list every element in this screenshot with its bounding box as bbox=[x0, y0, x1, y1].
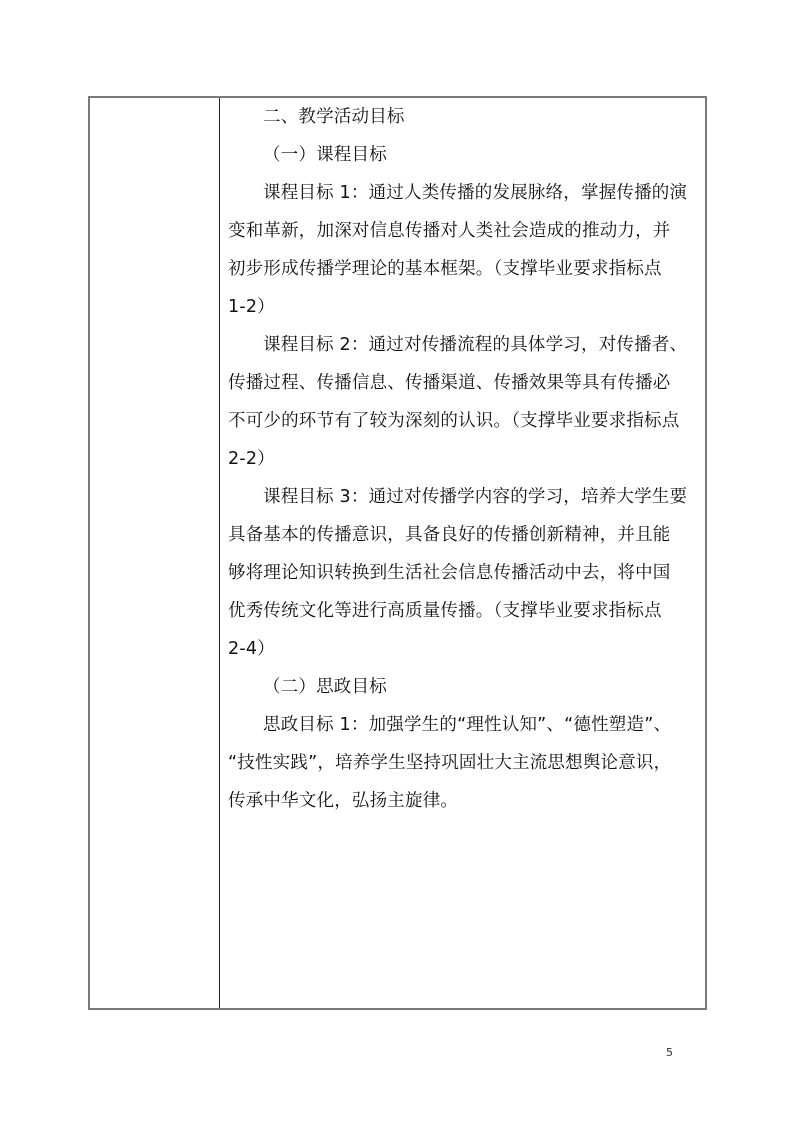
text-line: 1-2） bbox=[228, 288, 699, 326]
page-number: 5 bbox=[666, 1046, 673, 1059]
text-line: 优秀传统文化等进行高质量传播。（支撑毕业要求指标点 bbox=[228, 592, 699, 630]
text-line: 传承中华文化，弘扬主旋律。 bbox=[228, 782, 699, 820]
text-line: 思政目标 1：加强学生的“理性认知”、“德性塑造”、 bbox=[228, 706, 699, 744]
content-table: 二、教学活动目标 （一）课程目标 课程目标 1：通过人类传播的发展脉络，掌握传播… bbox=[88, 96, 707, 1010]
text-line: 传播过程、传播信息、传播渠道、传播效果等具有传播必 bbox=[228, 364, 699, 402]
text-line: 课程目标 3：通过对传播学内容的学习，培养大学生要 bbox=[228, 478, 699, 516]
section-heading: 二、教学活动目标 bbox=[228, 98, 699, 136]
text-line: 2-2） bbox=[228, 440, 699, 478]
table-right-cell: 二、教学活动目标 （一）课程目标 课程目标 1：通过人类传播的发展脉络，掌握传播… bbox=[220, 98, 705, 1008]
text-line: “技性实践”，培养学生坚持巩固壮大主流思想舆论意识， bbox=[228, 744, 699, 782]
course-goal-1: 课程目标 1：通过人类传播的发展脉络，掌握传播的演 变和革新，加深对信息传播对人… bbox=[228, 174, 699, 326]
text-line: 不可少的环节有了较为深刻的认识。（支撑毕业要求指标点 bbox=[228, 402, 699, 440]
text-line: 课程目标 1：通过人类传播的发展脉络，掌握传播的演 bbox=[228, 174, 699, 212]
text-line: 变和革新，加深对信息传播对人类社会造成的推动力，并 bbox=[228, 212, 699, 250]
text-line: 初步形成传播学理论的基本框架。（支撑毕业要求指标点 bbox=[228, 250, 699, 288]
ideological-goal-1: 思政目标 1：加强学生的“理性认知”、“德性塑造”、 “技性实践”，培养学生坚持… bbox=[228, 706, 699, 820]
course-goal-3: 课程目标 3：通过对传播学内容的学习，培养大学生要 具备基本的传播意识，具备良好… bbox=[228, 478, 699, 668]
text-line: 2-4） bbox=[228, 630, 699, 668]
table-left-cell bbox=[90, 98, 220, 1008]
text-line: 够将理论知识转换到生活社会信息传播活动中去，将中国 bbox=[228, 554, 699, 592]
text-line: 课程目标 2：通过对传播流程的具体学习，对传播者、 bbox=[228, 326, 699, 364]
text-line: 具备基本的传播意识，具备良好的传播创新精神，并且能 bbox=[228, 516, 699, 554]
subsection-title-course-goals: （一）课程目标 bbox=[228, 136, 699, 174]
course-goal-2: 课程目标 2：通过对传播流程的具体学习，对传播者、 传播过程、传播信息、传播渠道… bbox=[228, 326, 699, 478]
subsection-title-ideological-goals: （二）思政目标 bbox=[228, 668, 699, 706]
